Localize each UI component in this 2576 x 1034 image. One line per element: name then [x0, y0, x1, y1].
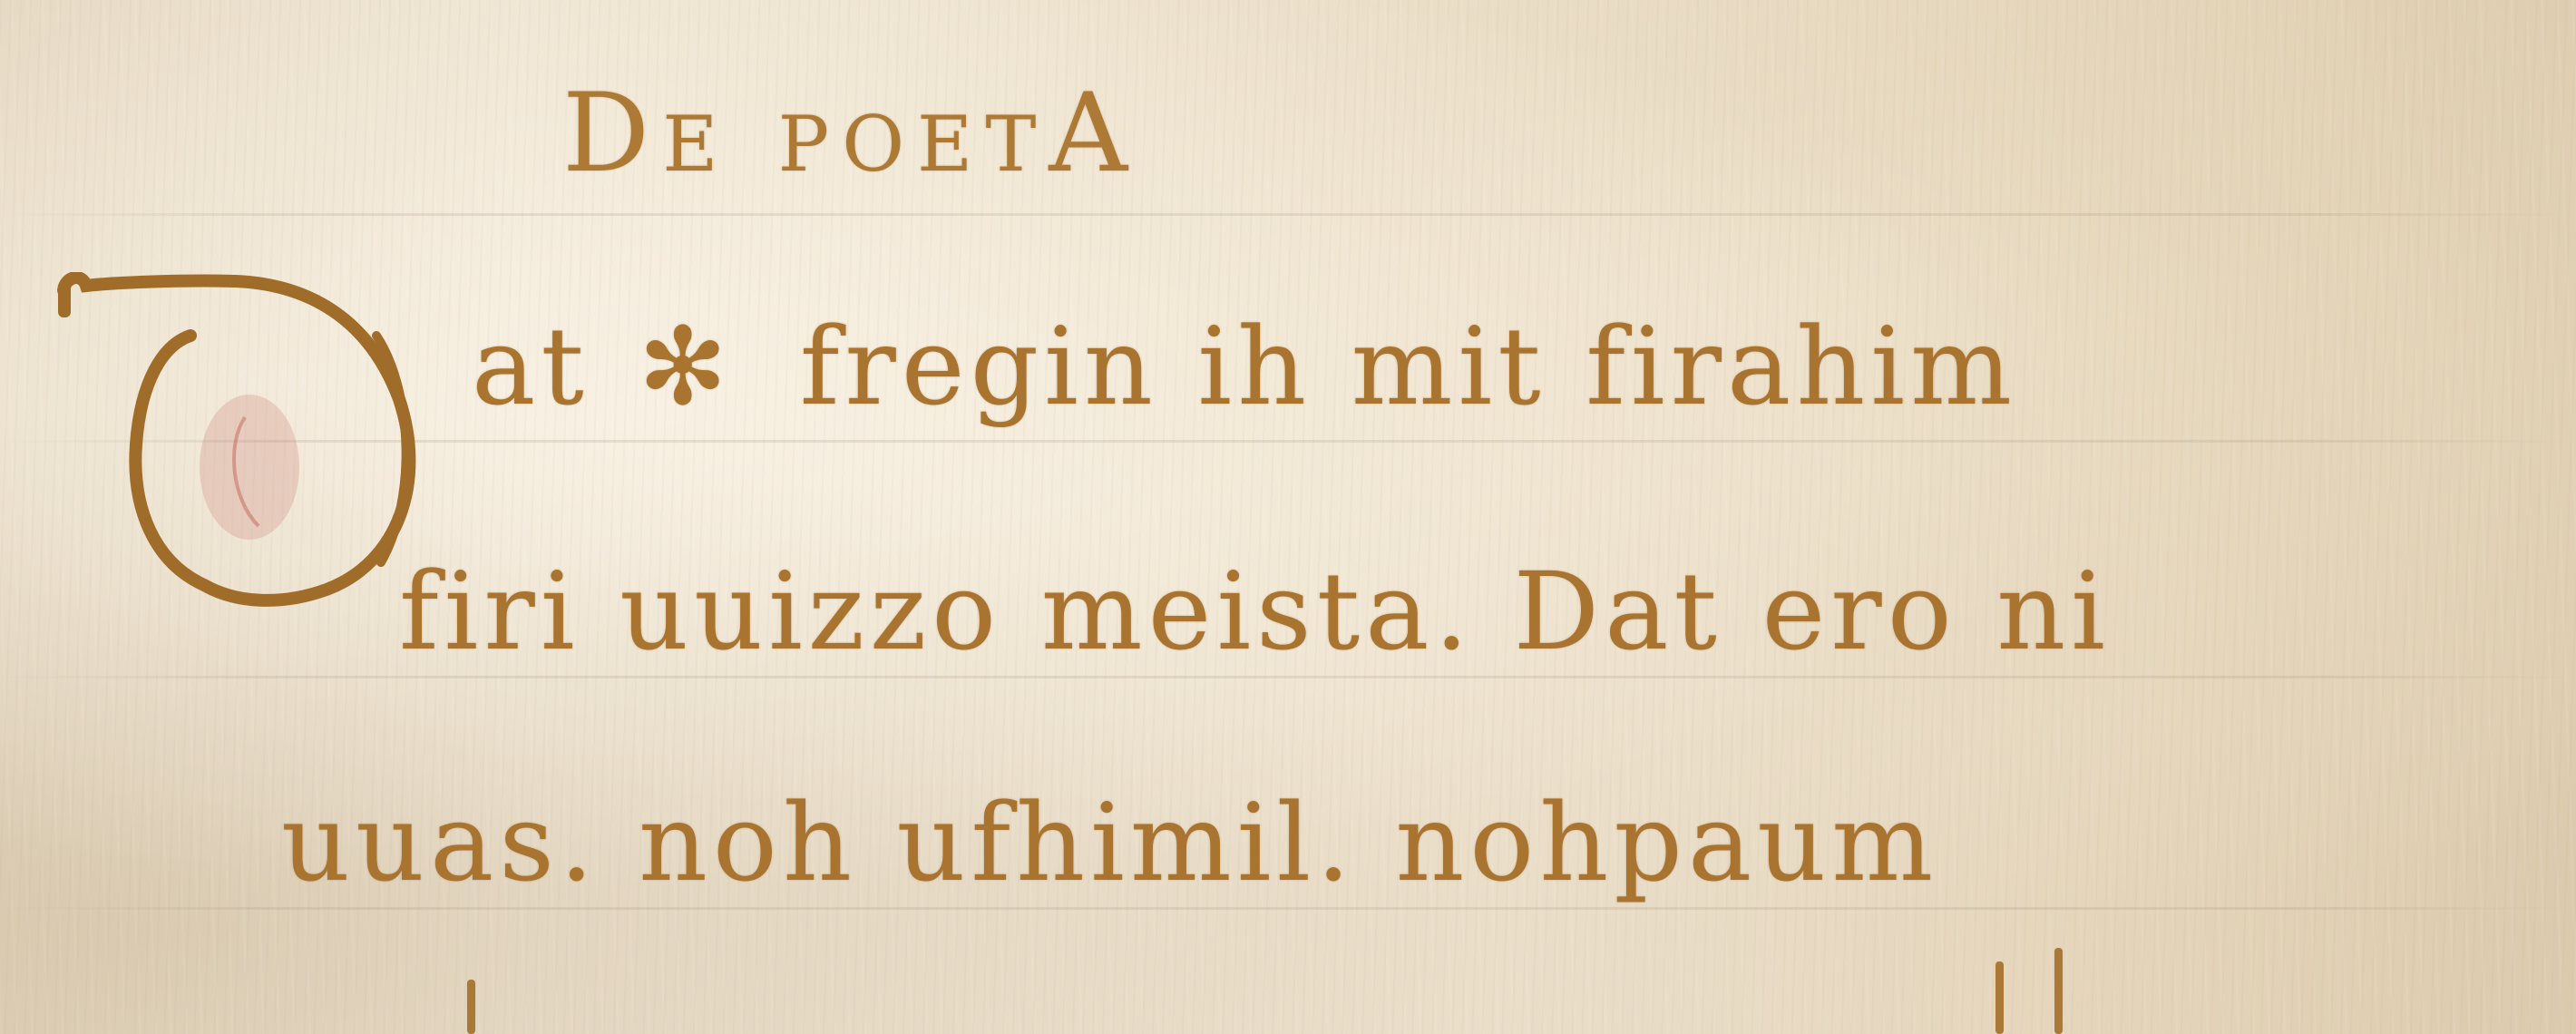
word: firi: [399, 549, 581, 674]
word: ni: [1996, 549, 2111, 674]
ruling-line: [0, 213, 2576, 216]
word: firahim: [1586, 304, 2017, 429]
ascender-stroke: [467, 980, 475, 1034]
ruling-line: [0, 676, 2576, 678]
word: ero: [1761, 549, 1956, 674]
parchment-page: De poetA at ✻ fregin ih mit firahim firi…: [0, 0, 2576, 1034]
word: ufhimil.: [897, 780, 1356, 905]
manuscript-title: De poetA: [562, 71, 1140, 197]
word: uuizzo: [620, 549, 1001, 674]
word: nohpaum: [1395, 780, 1938, 905]
word: ih: [1197, 304, 1312, 429]
word: at: [472, 304, 590, 429]
manuscript-line-3: uuas. noh ufhimil. nohpaum: [281, 780, 1938, 905]
manuscript-line-2: firi uuizzo meista. Dat ero ni: [399, 549, 2111, 674]
word: Dat: [1514, 549, 1722, 674]
manuscript-line-1: at ✻ fregin ih mit firahim: [472, 304, 2017, 429]
asterisk-symbol-icon: ✻: [638, 304, 733, 429]
decorated-initial-d-icon: [54, 272, 435, 608]
ruling-line: [0, 907, 2576, 910]
ascender-stroke: [2054, 948, 2063, 1034]
word: meista.: [1041, 549, 1474, 674]
word: fregin: [800, 304, 1158, 429]
word: noh: [639, 780, 857, 905]
word: uuas.: [281, 780, 599, 905]
ascender-stroke: [1995, 961, 2004, 1034]
word: mit: [1351, 304, 1547, 429]
